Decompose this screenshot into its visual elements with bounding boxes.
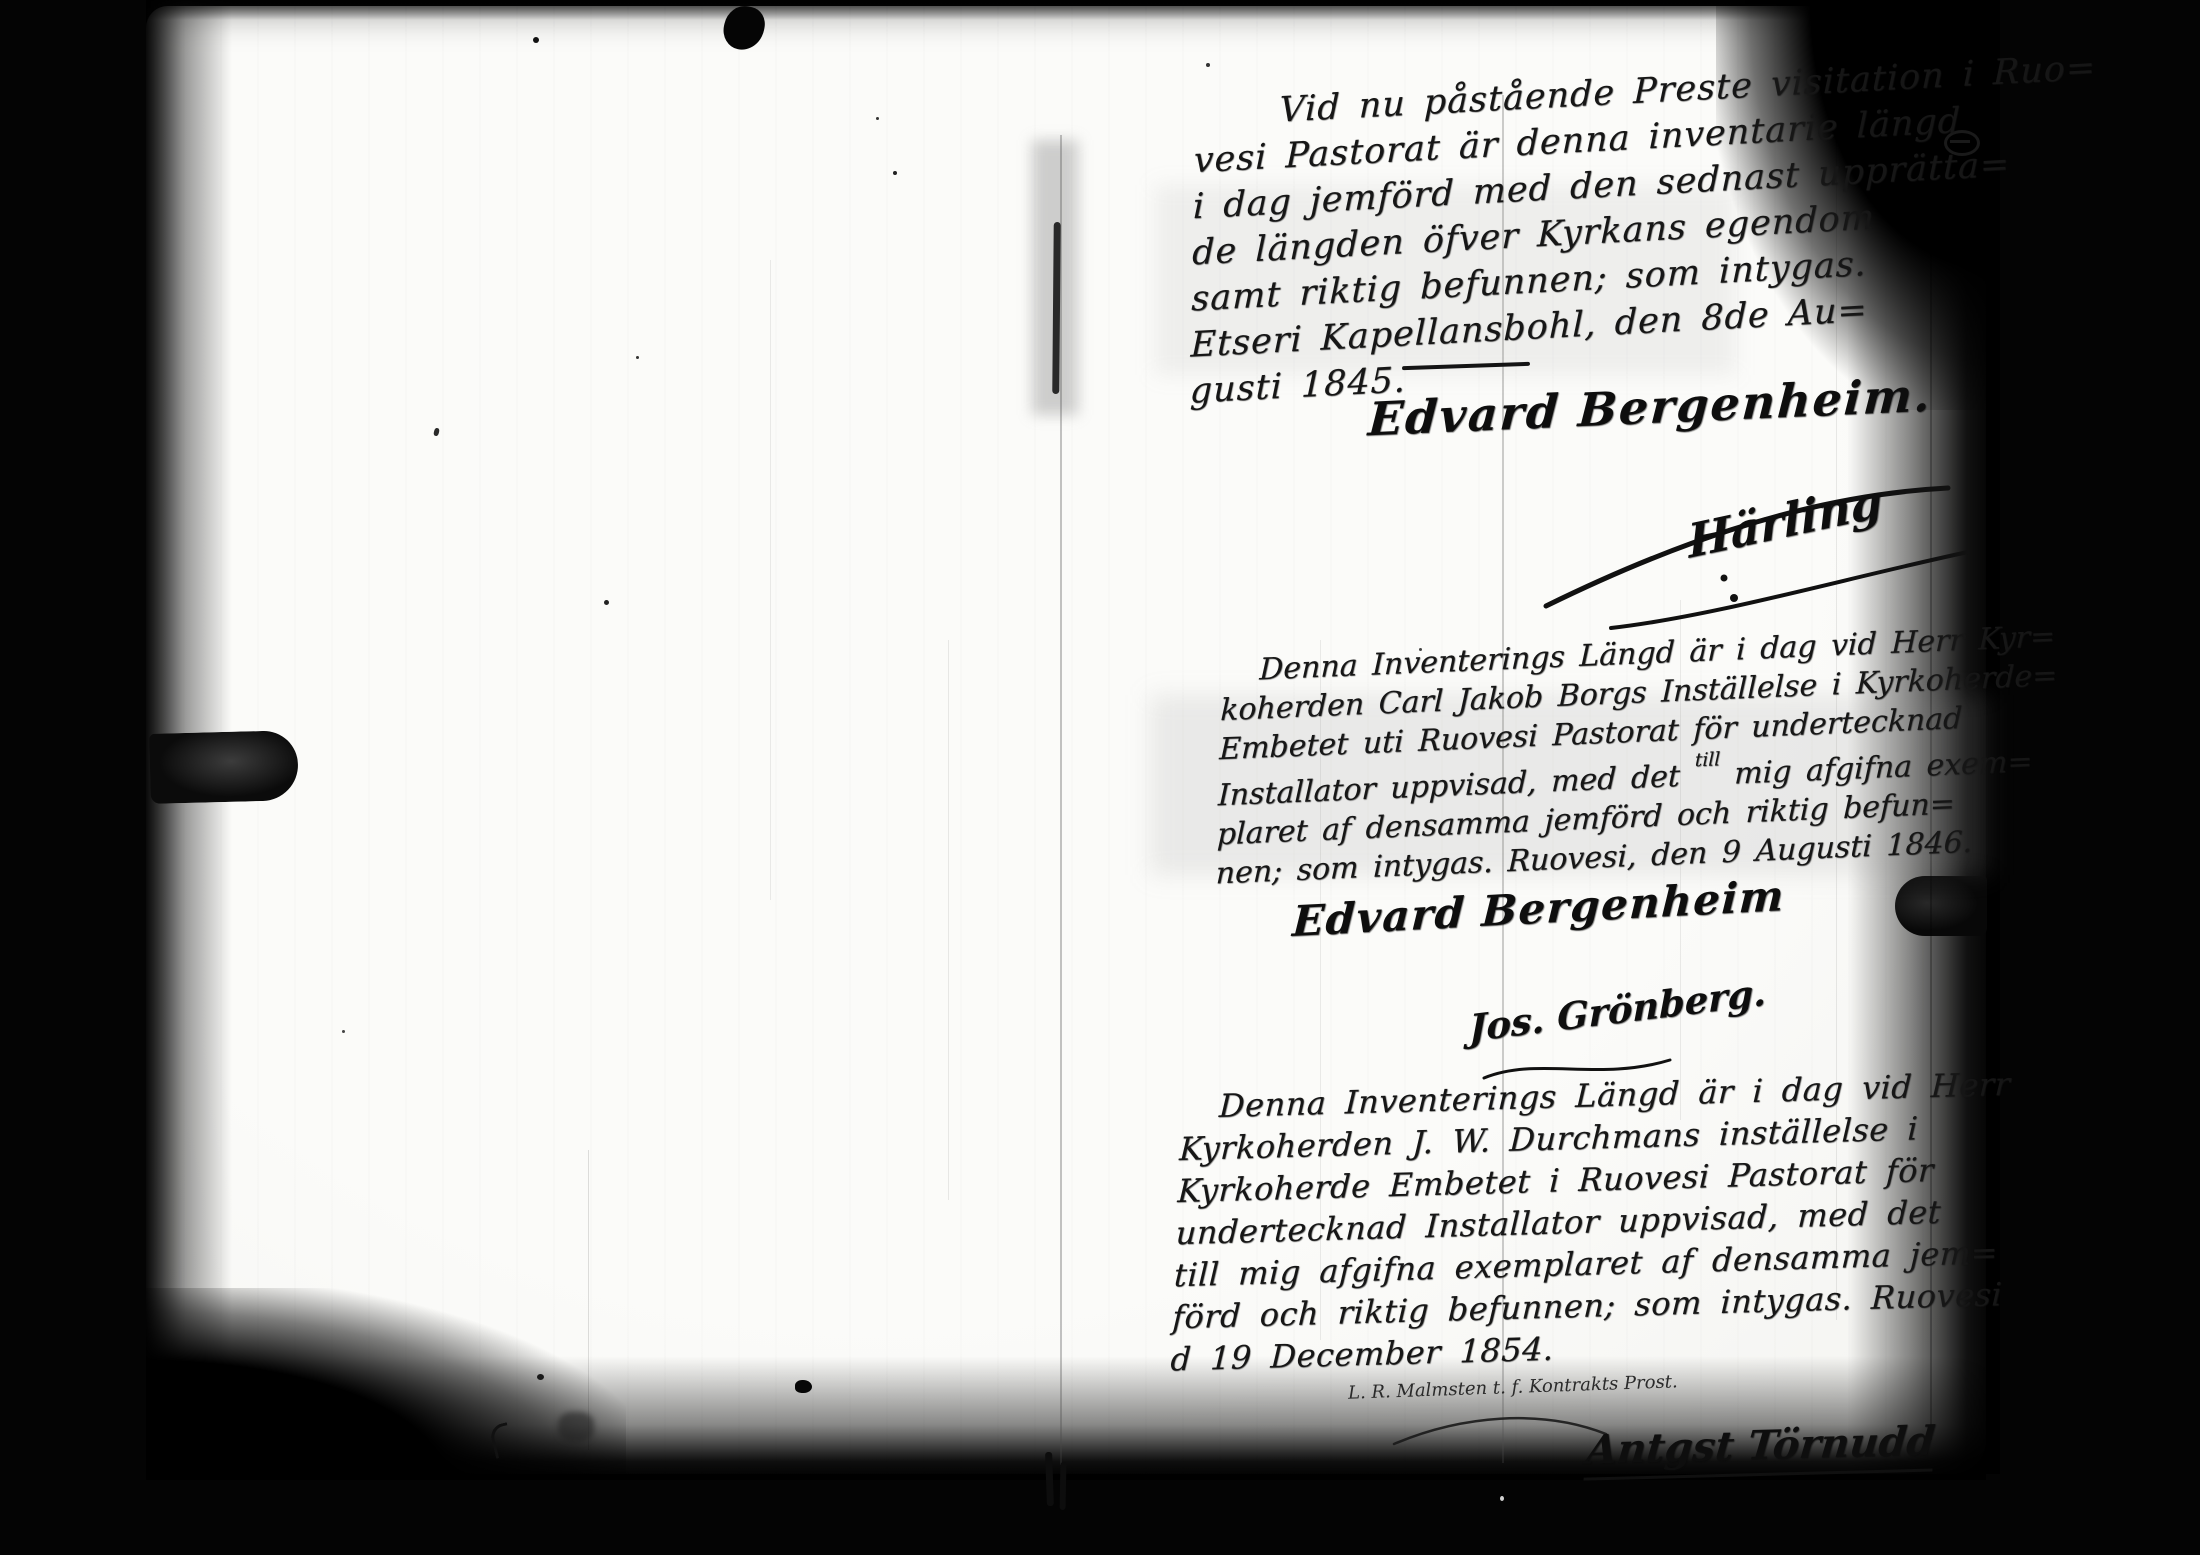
- witness-name: L. R. Malmsten: [1348, 1378, 1488, 1404]
- white-dot: [1500, 1496, 1504, 1501]
- film-frame: Vid nu påstående Preste visitation i Ruo…: [0, 0, 2200, 1555]
- attestation-1845-paragraph: Vid nu påstående Preste visitation i Ruo…: [1189, 50, 2004, 415]
- attestation-1846-paragraph: Denna Inventerings Längd är i dag vid He…: [1215, 619, 2001, 893]
- signature-tornudd: Antgst Törnudd: [1583, 1417, 1937, 1480]
- attestation-1854-paragraph: Denna Inventerings Längd är i dag vid He…: [1170, 1063, 1992, 1380]
- inserted-word: till: [1695, 749, 1721, 771]
